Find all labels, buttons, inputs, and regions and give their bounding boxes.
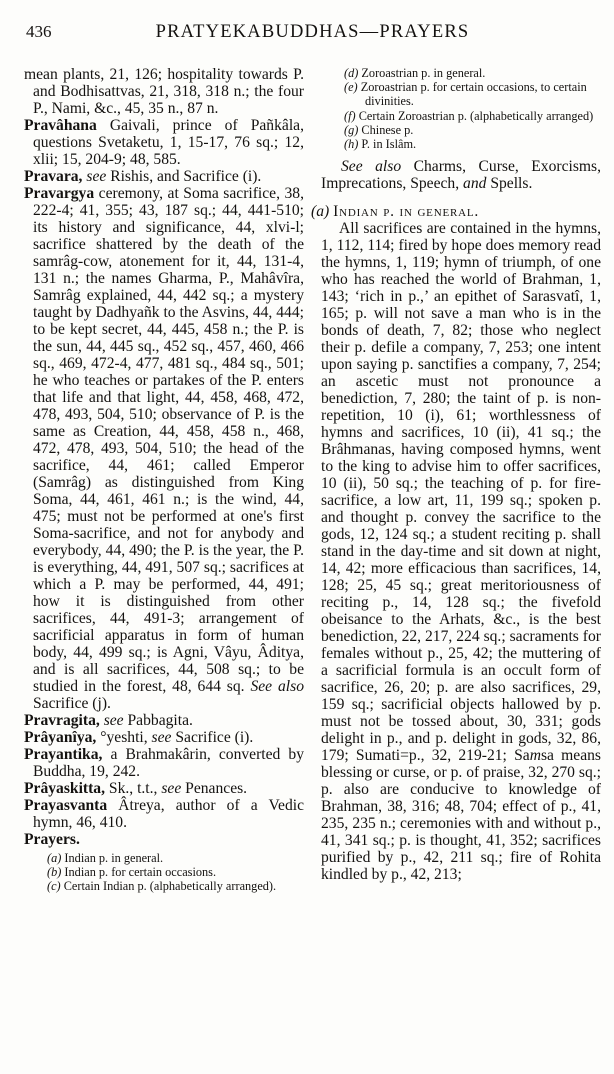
index-entry: Prayers. (24, 831, 304, 848)
entry-headword: Pravara, (24, 168, 82, 185)
entry-headword: Prayantika, (24, 746, 102, 763)
subitem-label: (h) (344, 137, 361, 151)
section-label: (a) (311, 203, 333, 220)
index-subitem: (c) Certain Indian p. (alphabetically ar… (24, 879, 304, 893)
subitem-text: Zoroastrian p. in general. (361, 66, 485, 80)
index-entry: Prayasvanta Âtreya, author of a Vedic hy… (24, 797, 304, 831)
entry-headword: Prâyanîya, (24, 729, 96, 746)
subitem-label: (c) (47, 879, 64, 893)
subitem-text: Certain Indian p. (alphabetically arrang… (64, 879, 276, 893)
index-subitem: (f) Certain Zoroastrian p. (alphabetical… (321, 109, 601, 123)
index-subitem: (e) Zoroastrian p. for certain occasions… (321, 80, 601, 108)
subitem-label: (b) (47, 865, 64, 879)
subitem-label: (a) (47, 851, 64, 865)
section-heading: (a) Indian p. in general. (311, 203, 601, 220)
index-entry: Pravâhana Gaivali, prince of Pañkâla, qu… (24, 117, 304, 168)
book-page: 436 PRATYEKABUDDHAS—PRAYERS mean plants,… (0, 0, 614, 1074)
subitem-text: Indian p. in general. (64, 851, 163, 865)
index-entry: Pravargya ceremony, at Soma sacrifice, 3… (24, 185, 304, 712)
index-subitem: (g) Chinese p. (321, 123, 601, 137)
subitem-label: (g) (344, 123, 361, 137)
entry-headword: Pravragita, (24, 712, 100, 729)
page-header: 436 PRATYEKABUDDHAS—PRAYERS (24, 22, 601, 46)
subitem-text: Zoroastrian p. for certain occasions, to… (361, 80, 587, 108)
left-column: mean plants, 21, 126; hospitality toward… (24, 66, 304, 894)
index-entry: Prâyanîya, °yeshti, see Sacrifice (i). (24, 729, 304, 746)
index-entry-continuation: mean plants, 21, 126; hospitality toward… (24, 66, 304, 117)
see-also-note: See also Charms, Curse, Exorcisms, Impre… (321, 158, 601, 192)
entry-headword: Pravargya (24, 185, 94, 202)
entry-headword: Prayers. (24, 831, 80, 848)
subitem-text: P. in Islâm. (361, 137, 416, 151)
index-subitem: (h) P. in Islâm. (321, 137, 601, 151)
index-columns: mean plants, 21, 126; hospitality toward… (24, 66, 601, 894)
page-number: 436 (26, 22, 52, 42)
right-column: (d) Zoroastrian p. in general.(e) Zoroas… (321, 66, 601, 894)
index-subitem: (b) Indian p. for certain occasions. (24, 865, 304, 879)
index-subitem: (d) Zoroastrian p. in general. (321, 66, 601, 80)
section-paragraph: All sacrifices are contained in the hymn… (321, 220, 601, 883)
index-entry: Pravragita, see Pabbagita. (24, 712, 304, 729)
subitem-label: (e) (344, 80, 361, 94)
index-entry: Pravara, see Rishis, and Sacrifice (i). (24, 168, 304, 185)
entry-headword: Prâyaskitta, (24, 780, 105, 797)
section-title: Indian p. in general. (333, 203, 479, 220)
entry-headword: Prayasvanta (24, 797, 107, 814)
subitem-label: (d) (344, 66, 361, 80)
index-entry: Prâyaskitta, Sk., t.t., see Penances. (24, 780, 304, 797)
index-entry: Prayantika, a Brahmakârin, converted by … (24, 746, 304, 780)
subitem-text: Certain Zoroastrian p. (alphabetically a… (359, 109, 594, 123)
subitem-text: Chinese p. (361, 123, 413, 137)
index-subitem: (a) Indian p. in general. (24, 851, 304, 865)
subitem-text: Indian p. for certain occasions. (64, 865, 216, 879)
page-title: PRATYEKABUDDHAS—PRAYERS (24, 22, 601, 43)
entry-headword: Pravâhana (24, 117, 97, 134)
subitem-label: (f) (344, 109, 359, 123)
